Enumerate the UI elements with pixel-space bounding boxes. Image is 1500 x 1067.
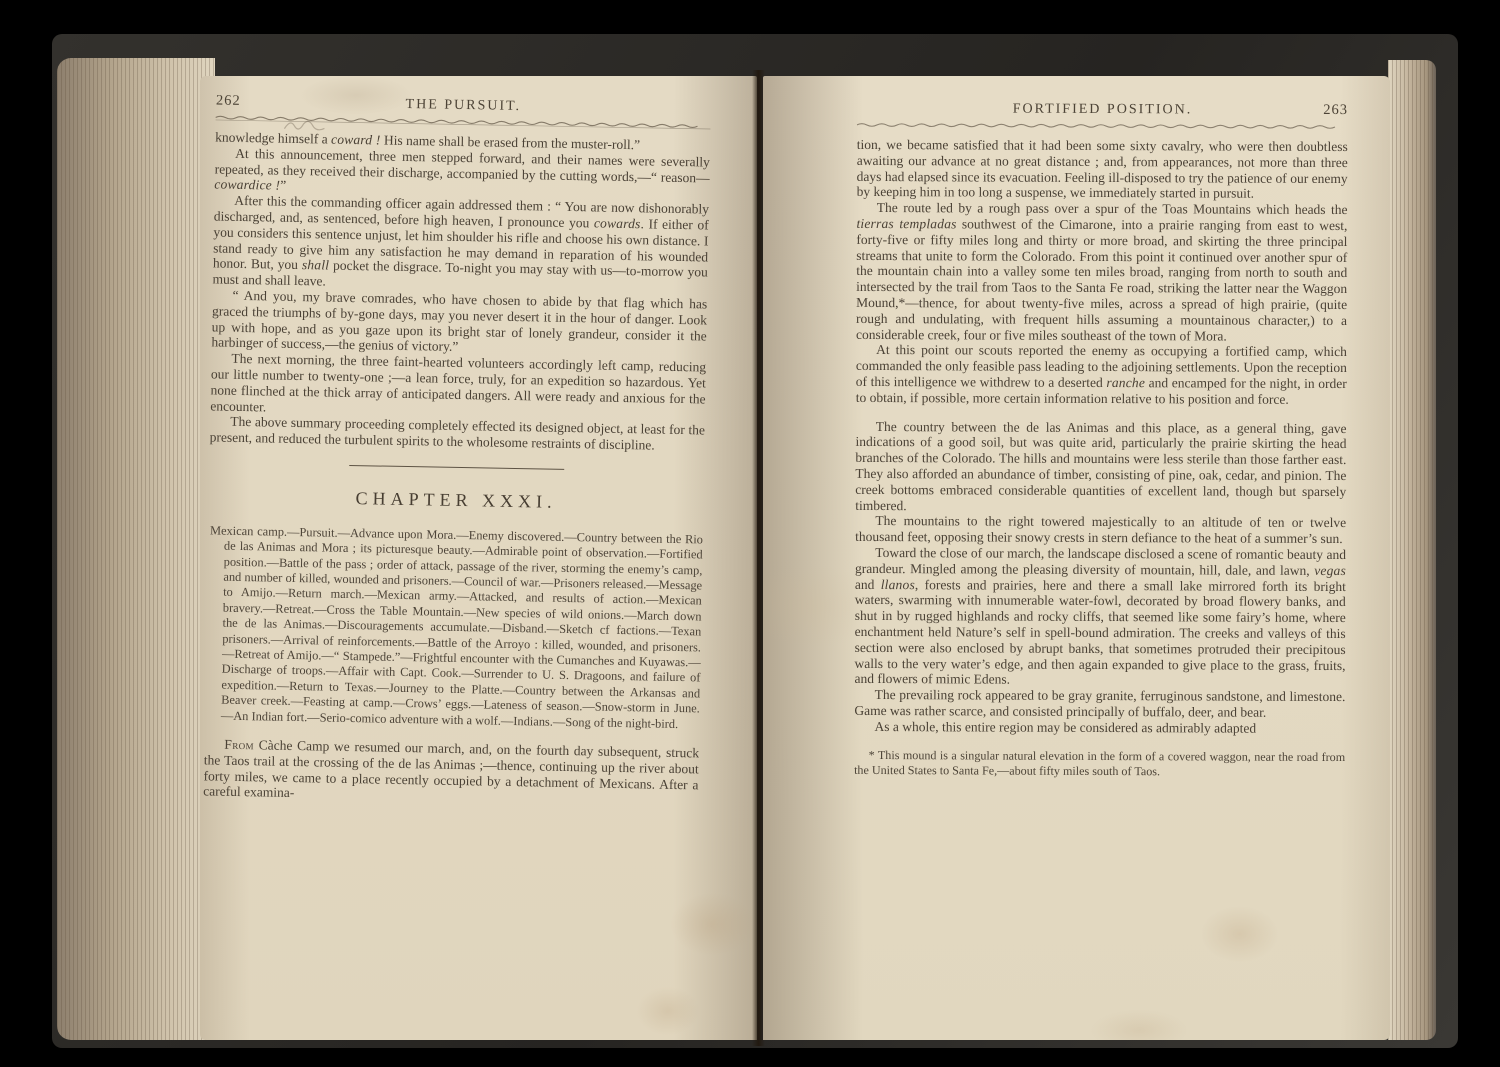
paragraph: The country between the de las Animas an… (855, 418, 1346, 515)
footnote: * This mound is a singular natural eleva… (854, 748, 1345, 779)
running-title: THE PURSUIT. (405, 97, 521, 114)
page-header: FORTIFIED POSITION. 263 (857, 101, 1348, 121)
section-divider (349, 465, 564, 470)
paragraph: The prevailing rock appeared to be gray … (854, 687, 1345, 721)
paragraph: As a whole, this entire region may be co… (854, 719, 1345, 737)
body-text: knowledge himself a coward ! His name sh… (210, 129, 711, 454)
paragraph: The next morning, the three faint-hearte… (210, 351, 706, 423)
page-edges-right (1388, 60, 1436, 1040)
body-text: tion, we became satisfied that it had be… (854, 137, 1348, 737)
paragraph: “ And you, my brave comrades, who have c… (211, 287, 707, 359)
paragraph: The mountains to the right towered majes… (855, 513, 1346, 547)
page-right: FORTIFIED POSITION. 263 tion, we became … (763, 76, 1390, 1040)
paragraph: * This mound is a singular natural eleva… (854, 748, 1345, 779)
page-number: 262 (216, 93, 241, 109)
chapter-opening: From Càche Camp we resumed our march, an… (203, 736, 699, 808)
page-edges-left (57, 58, 215, 1040)
ink-smudge-icon (281, 115, 327, 136)
page-left: 262 THE PURSUIT. knowledge himself a cow… (200, 76, 757, 1040)
paragraph: From Càche Camp we resumed our march, an… (203, 736, 699, 808)
chapter-heading: CHAPTER XXXI. (209, 488, 704, 513)
paragraph: At this point our scouts reported the en… (856, 342, 1347, 407)
book-photo: 262 THE PURSUIT. knowledge himself a cow… (0, 0, 1500, 1067)
page-number: 263 (1323, 103, 1348, 119)
running-title: FORTIFIED POSITION. (1013, 102, 1193, 118)
paragraph: The route led by a rough pass over a spu… (856, 200, 1348, 344)
paragraph: tion, we became satisfied that it had be… (857, 137, 1348, 202)
paragraph: After this the commanding officer again … (212, 193, 709, 297)
chapter-summary: Mexican camp.—Pursuit.—Advance upon Mora… (206, 523, 703, 732)
header-rule (857, 122, 1348, 131)
paragraph: Toward the close of our march, the lands… (854, 545, 1346, 689)
